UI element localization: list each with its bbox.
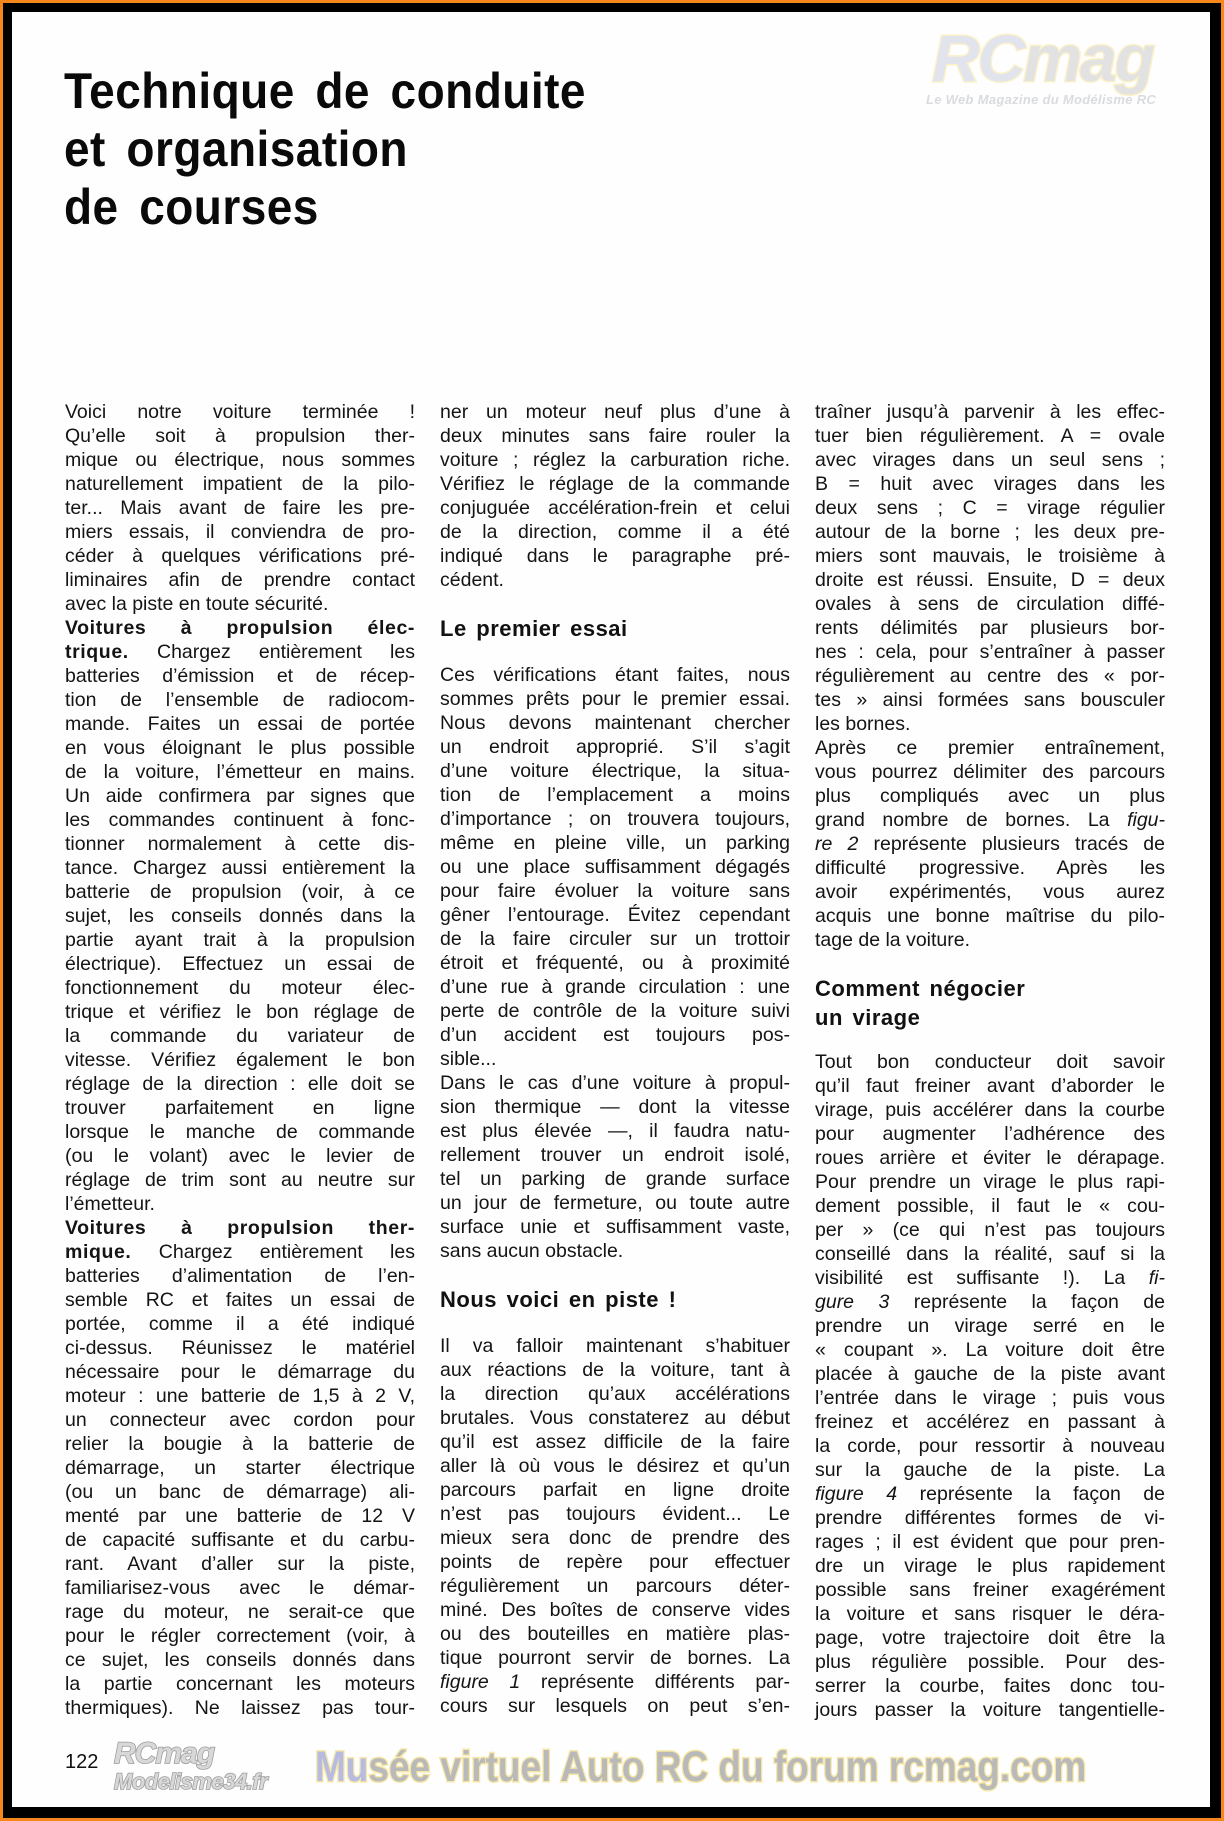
text-column-1: Voici notre voiture terminée !Qu’elle so… [65, 400, 415, 1720]
text-line: Il va falloir maintenant s’habituer [440, 1334, 790, 1358]
text-line: les bornes. [815, 712, 1165, 736]
text-line: miné. Des boîtes de conserve vides [440, 1598, 790, 1622]
paragraph-gap [440, 1314, 790, 1334]
text-line: nes : cela, pour s’entraîner à passer [815, 640, 1165, 664]
text-line: lorsque le manche de commande [65, 1120, 415, 1144]
text-line: batteries d’émission et de récep- [65, 664, 415, 688]
text-line: dre un virage le plus rapidement [815, 1554, 1165, 1578]
text-line: de la voiture, l’émetteur en mains. [65, 760, 415, 784]
text-line: est plus élevée —, il faudra natu- [440, 1119, 790, 1143]
text-line: droite est réussi. Ensuite, D = deux [815, 568, 1165, 592]
rcmag-watermark-logo: RCmag Le Web Magazine du Modélisme RC [914, 26, 1210, 112]
text-line: sur la gauche de la piste. La [815, 1458, 1165, 1482]
text-line: gure 3 représente la façon de [815, 1290, 1165, 1314]
text-line: Vérifiez le réglage de la commande [440, 472, 790, 496]
rcmag-logo-tagline: Le Web Magazine du Modélisme RC [926, 92, 1156, 107]
text-line: roues arrière et éviter le dérapage. [815, 1146, 1165, 1170]
text-line: prendre différentes formes de vi- [815, 1506, 1165, 1530]
text-line: tance. Chargez aussi entièrement la [65, 856, 415, 880]
text-line: portée, comme il a été indiqué [65, 1312, 415, 1336]
text-line: acquis une bonne maîtrise du pilo- [815, 904, 1165, 928]
text-line: menté par une batterie de 12 V [65, 1504, 415, 1528]
text-line: mande. Faites un essai de portée [65, 712, 415, 736]
text-line: miers essais, il conviendra de pro- [65, 520, 415, 544]
text-line: surface unie et suffisamment vaste, [440, 1215, 790, 1239]
text-line: la partie concernant les moteurs [65, 1672, 415, 1696]
text-line: Ces vérifications étant faites, nous [440, 663, 790, 687]
text-line: Nous devons maintenant chercher [440, 711, 790, 735]
text-column-3: traîner jusqu’à parvenir à les effec-tue… [815, 400, 1165, 1722]
text-line: fonctionnement du moteur élec- [65, 976, 415, 1000]
text-line: placée à gauche de la piste avant [815, 1362, 1165, 1386]
text-line: un jour de fermeture, ou toute autre [440, 1191, 790, 1215]
text-line: mique ou électrique, nous sommes [65, 448, 415, 472]
text-line: sible... [440, 1047, 790, 1071]
text-line: étroit et fréquenté, ou à proximité [440, 951, 790, 975]
text-line: tage de la voiture. [815, 928, 1165, 952]
text-line: liminaires afin de prendre contact [65, 568, 415, 592]
text-line: perte de contrôle de la voiture suivi [440, 999, 790, 1023]
text-line: figure 1 représente différents par- [440, 1670, 790, 1694]
paragraph-gap [440, 1263, 790, 1285]
text-line: régulièrement au centre des « por- [815, 664, 1165, 688]
paragraph-gap [440, 592, 790, 614]
text-line: traîner jusqu’à parvenir à les effec- [815, 400, 1165, 424]
text-line: ou une place suffisamment dégagés [440, 855, 790, 879]
text-line: points de repère pour effectuer [440, 1550, 790, 1574]
text-line: d’importance ; on trouvera toujours, [440, 807, 790, 831]
article-title: Technique de conduite et organisation de… [64, 62, 586, 236]
rcmag-modelisme34-logo: RCmag Modelisme34.fr [114, 1739, 267, 1795]
text-line: sans aucun obstacle. [440, 1239, 790, 1263]
rcmag-logo-wordmark: RCmag [932, 20, 1153, 96]
text-line: relier la bougie à la batterie de [65, 1432, 415, 1456]
figure-reference: figu- [1127, 809, 1165, 831]
text-line: visibilité est suffisante !). La fi- [815, 1266, 1165, 1290]
text-line: avoir expérimentés, vous aurez [815, 880, 1165, 904]
text-line: indiqué dans le paragraphe pré- [440, 544, 790, 568]
text-line: parcours parfait en ligne droite [440, 1478, 790, 1502]
text-line: « coupant ». La voiture doit être [815, 1338, 1165, 1362]
text-line: (ou un banc de démarrage) ali- [65, 1480, 415, 1504]
text-line: céder à quelques vérifications pré- [65, 544, 415, 568]
text-line: démarrage, un starter électrique [65, 1456, 415, 1480]
text-line: la direction qu’aux accélérations [440, 1382, 790, 1406]
text-line: Un aide confirmera par signes que [65, 784, 415, 808]
text-line: tique pourront servir de bornes. La [440, 1646, 790, 1670]
text-line: Pour prendre un virage le plus rapi- [815, 1170, 1165, 1194]
run-in-heading: Voitures à propulsion ther- [65, 1217, 415, 1239]
text-line: possible sans freiner exagérément [815, 1578, 1165, 1602]
text-line: Qu’elle soit à propulsion ther- [65, 424, 415, 448]
text-line: naturellement impatient de la pilo- [65, 472, 415, 496]
text-line: sommes prêts pour le premier essai. [440, 687, 790, 711]
text-line: miers sont mauvais, le troisième à [815, 544, 1165, 568]
text-line: plus régulière possible. Pour des- [815, 1650, 1165, 1674]
text-line: ou des bouteilles en matière plas- [440, 1622, 790, 1646]
text-line: voiture ; réglez la carburation riche. [440, 448, 790, 472]
figure-reference: fi- [1149, 1267, 1165, 1289]
figure-reference: figure 1 [440, 1671, 520, 1693]
paragraph-gap [440, 643, 790, 663]
text-line: gêner l’entourage. Évitez cependant [440, 903, 790, 927]
text-line: réglage de la direction : elle doit se [65, 1072, 415, 1096]
museum-watermark-banner: Musée virtuel Auto RC du forum rcmag.com [315, 1739, 1086, 1795]
section-heading: Le premier essai [440, 614, 790, 643]
text-line: page, votre trajectoire doit être la [815, 1626, 1165, 1650]
text-line: un endroit approprié. S’il s’agit [440, 735, 790, 759]
text-line: n’est pas toujours évident... Le [440, 1502, 790, 1526]
text-line: tel un parking de grande surface [440, 1167, 790, 1191]
text-line: la voiture et sans risquer le déra- [815, 1602, 1165, 1626]
text-line: tionner normalement à cette dis- [65, 832, 415, 856]
run-in-heading: Voitures à propulsion élec- [65, 617, 415, 639]
text-line: vitesse. Vérifiez également le bon [65, 1048, 415, 1072]
text-line: un connecteur avec cordon pour [65, 1408, 415, 1432]
text-line: grand nombre de bornes. La figu- [815, 808, 1165, 832]
text-line: avec virages dans un seul sens ; [815, 448, 1165, 472]
text-line: d’une rue à grande circulation : une [440, 975, 790, 999]
text-line: pour augmenter l’adhérence des [815, 1122, 1165, 1146]
text-line: autour de la borne ; les deux pre- [815, 520, 1165, 544]
run-in-heading: trique. [65, 641, 129, 663]
text-line: trique. Chargez entièrement les [65, 640, 415, 664]
figure-reference: re 2 [815, 833, 858, 855]
text-line: Après ce premier entraînement, [815, 736, 1165, 760]
section-heading: Nous voici en piste ! [440, 1285, 790, 1314]
text-line: vous pourrez délimiter des parcours [815, 760, 1165, 784]
text-line: cours sur lesquels on peut s’en- [440, 1694, 790, 1718]
text-line: sion thermique — dont la vitesse [440, 1095, 790, 1119]
text-line: tion de l’emplacement a moins [440, 783, 790, 807]
paragraph-gap [815, 1032, 1165, 1050]
figure-reference: gure 3 [815, 1291, 889, 1313]
text-line: de la faire circuler sur un trottoir [440, 927, 790, 951]
text-line: conjuguée accélération-frein et celui [440, 496, 790, 520]
run-in-heading: mique. [65, 1241, 131, 1263]
text-line: partie ayant trait à la propulsion [65, 928, 415, 952]
text-line: qu’il faut freiner avant d’aborder le [815, 1074, 1165, 1098]
text-line: rellement trouver un endroit isolé, [440, 1143, 790, 1167]
text-line: mique. Chargez entièrement les [65, 1240, 415, 1264]
text-line: ter... Mais avant de faire les pre- [65, 496, 415, 520]
text-line: rant. Avant d’aller sur la piste, [65, 1552, 415, 1576]
text-line: sujet, les conseils donnés dans la [65, 904, 415, 928]
text-column-2: ner un moteur neuf plus d’une àdeux minu… [440, 400, 790, 1718]
page-number: 122 [65, 1751, 98, 1774]
text-line: en vous éloignant le plus possible [65, 736, 415, 760]
text-line: conseillé dans la réalité, sauf si la [815, 1242, 1165, 1266]
text-line: deux sens ; C = virage régulier [815, 496, 1165, 520]
text-line: cédent. [440, 568, 790, 592]
text-line: électrique). Effectuez un essai de [65, 952, 415, 976]
text-line: mieux sera donc de prendre des [440, 1526, 790, 1550]
text-line: même en pleine ville, un parking [440, 831, 790, 855]
text-line: difficulté progressive. Après les [815, 856, 1165, 880]
text-line: jours passer la voiture tangentielle- [815, 1698, 1165, 1722]
text-line: ci-dessus. Réunissez le matériel [65, 1336, 415, 1360]
text-line: B = huit avec virages dans les [815, 472, 1165, 496]
text-line: dement possible, il faut le « cou- [815, 1194, 1165, 1218]
text-line: per » (ce qui n’est pas toujours [815, 1218, 1165, 1242]
text-line: d’une voiture électrique, la situa- [440, 759, 790, 783]
text-line: tion de l’ensemble de radiocom- [65, 688, 415, 712]
text-line: re 2 représente plusieurs tracés de [815, 832, 1165, 856]
text-line: ovales à sens de circulation diffé- [815, 592, 1165, 616]
text-line: rents délimités par plusieurs bor- [815, 616, 1165, 640]
text-line: thermiques). Ne laissez pas tour- [65, 1696, 415, 1720]
text-line: virage, puis accélérer dans la courbe [815, 1098, 1165, 1122]
text-line: batteries d’alimentation de l’en- [65, 1264, 415, 1288]
text-line: Voitures à propulsion élec- [65, 616, 415, 640]
text-line: de la direction, comme il a été [440, 520, 790, 544]
text-line: rage du moteur, ne serait-ce que [65, 1600, 415, 1624]
figure-reference: figure 4 [815, 1483, 897, 1505]
section-heading: Comment négocier [815, 974, 1165, 1003]
text-line: pour le régler correctement (voir, à [65, 1624, 415, 1648]
text-line: les commandes continuent à fonc- [65, 808, 415, 832]
text-line: ner un moteur neuf plus d’une à [440, 400, 790, 424]
text-line: pour faire évoluer la voiture sans [440, 879, 790, 903]
text-line: ce sujet, les conseils donnés dans [65, 1648, 415, 1672]
text-line: familiarisez-vous avec le démar- [65, 1576, 415, 1600]
text-line: trouver parfaitement en ligne [65, 1096, 415, 1120]
text-line: figure 4 représente la façon de [815, 1482, 1165, 1506]
text-line: régulièrement un parcours déter- [440, 1574, 790, 1598]
text-line: aux réactions de la voiture, tant à [440, 1358, 790, 1382]
text-line: tuer bien régulièrement. A = ovale [815, 424, 1165, 448]
text-line: brutales. Vous constaterez au début [440, 1406, 790, 1430]
text-line: plus compliqués avec un plus [815, 784, 1165, 808]
text-line: Tout bon conducteur doit savoir [815, 1050, 1165, 1074]
section-heading: un virage [815, 1003, 1165, 1032]
text-line: deux minutes sans faire rouler la [440, 424, 790, 448]
paragraph-gap [815, 952, 1165, 974]
text-line: la commande du variateur de [65, 1024, 415, 1048]
text-line: trique et vérifiez le bon réglage de [65, 1000, 415, 1024]
text-line: aller là où vous le désirez et qu’un [440, 1454, 790, 1478]
text-line: rages ; il est évident que pour pren- [815, 1530, 1165, 1554]
text-line: (ou le volant) avec le levier de [65, 1144, 415, 1168]
text-line: tes » ainsi formées sans bousculer [815, 688, 1165, 712]
text-line: Voici notre voiture terminée ! [65, 400, 415, 424]
text-line: avec la piste en toute sécurité. [65, 592, 415, 616]
text-line: Dans le cas d’une voiture à propul- [440, 1071, 790, 1095]
text-line: semble RC et faites un essai de [65, 1288, 415, 1312]
text-line: qu’il est assez difficile de la faire [440, 1430, 790, 1454]
text-line: d’un accident est toujours pos- [440, 1023, 790, 1047]
text-line: l’émetteur. [65, 1192, 415, 1216]
text-line: prendre un virage serré en le [815, 1314, 1165, 1338]
text-line: de capacité suffisante et du carbu- [65, 1528, 415, 1552]
text-line: batterie de propulsion (voir, à ce [65, 880, 415, 904]
text-line: serrer la courbe, faites donc tou- [815, 1674, 1165, 1698]
text-line: nécessaire pour le démarrage du [65, 1360, 415, 1384]
text-line: freinez et accélérez en passant à [815, 1410, 1165, 1434]
text-line: la corde, pour ressortir à nouveau [815, 1434, 1165, 1458]
text-line: réglage de trim sont au neutre sur [65, 1168, 415, 1192]
text-line: moteur : une batterie de 1,5 à 2 V, [65, 1384, 415, 1408]
magazine-page: RCmag Le Web Magazine du Modélisme RC Te… [12, 12, 1210, 1807]
text-line: Voitures à propulsion ther- [65, 1216, 415, 1240]
text-line: l’entrée dans le virage ; puis vous [815, 1386, 1165, 1410]
